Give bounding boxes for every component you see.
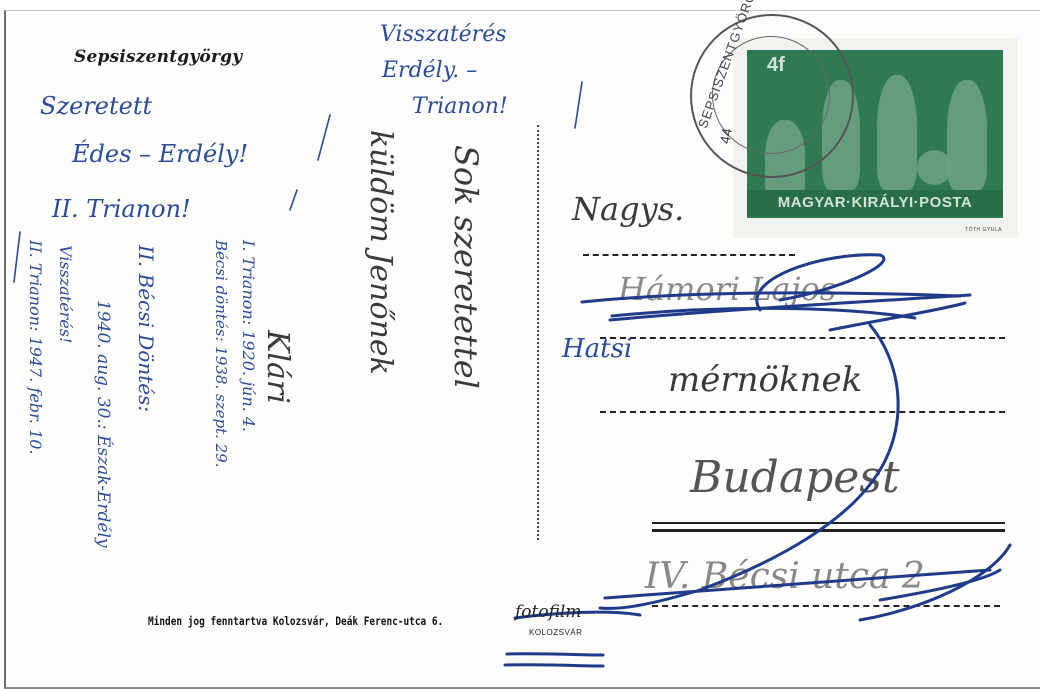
postmark-date: 44	[717, 127, 735, 145]
handwriting-message-2: küldöm Jenőnek	[363, 130, 398, 375]
handwriting-vertical-3: II. Bécsi Döntés:	[134, 245, 158, 412]
address-line-1	[583, 254, 795, 256]
place-title: Sepsiszentgyörgy	[74, 47, 242, 67]
address-name-crossed: Hámori Lajos	[618, 270, 836, 308]
handwriting-top-center-2: Erdély. –	[382, 58, 477, 83]
handwriting-signature: Klári	[260, 330, 295, 404]
address-title: mérnöknek	[668, 360, 862, 400]
handwriting-top-center-1: Visszatérés	[380, 22, 507, 47]
address-city: Budapest	[690, 452, 900, 503]
publisher-city: KOLOZSVÁR	[529, 628, 582, 637]
address-line-5	[652, 605, 1000, 607]
publisher-logo: fotofilm	[515, 602, 582, 622]
handwriting-vertical-4: 1940. aug. 30.: Észak-Erdély	[93, 300, 113, 548]
address-blue-insert: Hatsi	[562, 334, 632, 364]
copyright-line: Minden jog fenntartva Kolozsvár, Deák Fe…	[148, 614, 443, 628]
address-salutation: Nagys.	[572, 190, 684, 228]
address-line-4-lower	[652, 529, 1005, 532]
stamp-legend: MAGYAR·KIRÁLYI·POSTA	[747, 190, 1003, 216]
handwriting-vertical-1: I. Trianon: 1920. jún. 4.	[239, 240, 258, 432]
handwriting-vertical-5: Visszatérés!	[56, 245, 75, 343]
handwriting-vertical-6: II. Trianon: 1947. febr. 10.	[26, 240, 45, 455]
handwriting-top-left-1: Szeretett	[40, 92, 152, 120]
handwriting-top-left-2: Édes – Erdély!	[72, 140, 248, 168]
address-line-4-upper	[652, 522, 1005, 524]
stamp-engraver: TÓTH GYULA	[965, 227, 1002, 233]
center-divider	[537, 125, 539, 540]
handwriting-top-left-3: II. Trianon!	[52, 195, 191, 223]
handwriting-message-1: Sok szeretettel	[447, 145, 485, 389]
handwriting-vertical-2: Bécsi döntés: 1938. szept. 29.	[212, 240, 230, 468]
handwriting-top-center-3: Trianon!	[412, 94, 508, 119]
address-street-crossed: IV. Bécsi utca 2	[645, 556, 925, 597]
address-line-3	[600, 411, 1005, 413]
address-line-2	[600, 337, 1005, 339]
